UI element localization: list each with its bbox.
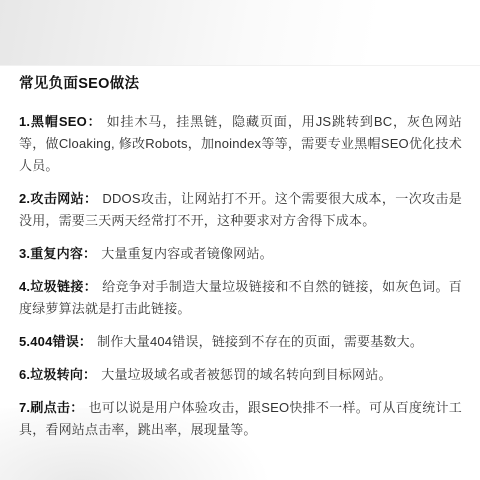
item-label: 6.垃圾转向：	[19, 367, 96, 382]
seo-item-2: 2.攻击网站：DDOS攻击，让网站打不开。这个需要很大成本，一次攻击是没用，需要…	[19, 188, 462, 232]
seo-item-5: 5.404错误：制作大量404错误，链接到不存在的页面，需要基数大。	[19, 331, 462, 353]
item-label: 4.垃圾链接：	[19, 279, 97, 294]
seo-item-4: 4.垃圾链接：给竞争对手制造大量垃圾链接和不自然的链接，如灰色词。百度绿萝算法就…	[19, 276, 462, 320]
item-text: 也可以说是用户体验攻击，跟SEO快排不一样。可从百度统计工具，看网站点击率，跳出…	[19, 400, 462, 437]
seo-item-7: 7.刷点击：也可以说是用户体验攻击，跟SEO快排不一样。可从百度统计工具，看网站…	[19, 397, 462, 441]
item-text: 大量垃圾域名或者被惩罚的域名转向到目标网站。	[101, 367, 391, 382]
item-text: 制作大量404错误，链接到不存在的页面，需要基数大。	[97, 334, 423, 349]
seo-item-3: 3.重复内容：大量重复内容或者镜像网站。	[19, 243, 462, 265]
item-label: 1.黑帽SEO：	[19, 114, 102, 129]
item-label: 2.攻击网站：	[19, 191, 97, 206]
seo-item-1: 1.黑帽SEO：如挂木马，挂黑链，隐藏页面，用JS跳转到BC，灰色网站等，做Cl…	[19, 111, 462, 177]
item-label: 3.重复内容：	[19, 246, 96, 261]
seo-item-6: 6.垃圾转向：大量垃圾域名或者被惩罚的域名转向到目标网站。	[19, 364, 462, 386]
page-title: 常见负面SEO做法	[19, 74, 462, 94]
article: 常见负面SEO做法 1.黑帽SEO：如挂木马，挂黑链，隐藏页面，用JS跳转到BC…	[0, 0, 480, 441]
item-text: 大量重复内容或者镜像网站。	[101, 246, 273, 261]
item-label: 7.刷点击：	[19, 400, 83, 415]
item-label: 5.404错误：	[19, 334, 92, 349]
